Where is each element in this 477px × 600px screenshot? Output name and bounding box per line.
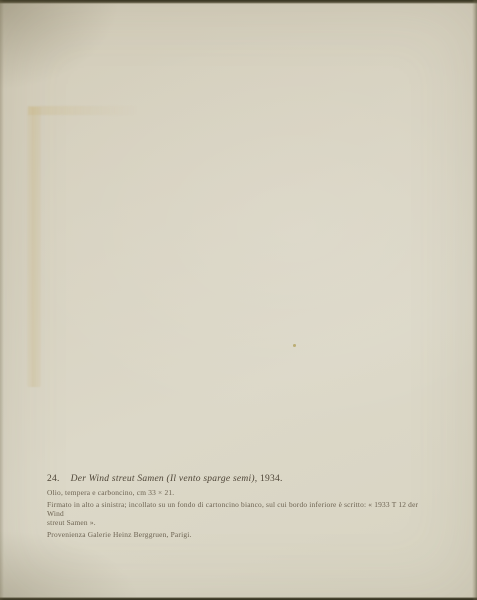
medium-line: Olio, tempera e carboncino, cm 33 × 21. [47,488,432,497]
work-title: Der Wind streut Samen (Il vento sparge s… [71,474,255,484]
inscription-line-2: streut Samen ». [47,518,432,527]
plate-ghost-mark-horizontal [28,106,138,115]
catalog-caption: 24.Der Wind streut Samen (Il vento sparg… [47,474,432,539]
work-year: , 1934. [255,474,283,484]
provenance-line: Provenienza Galerie Heinz Berggruen, Par… [47,530,432,539]
plate-ghost-mark-vertical [27,107,41,387]
page-edge-right [472,0,477,600]
page-edge-left [0,0,4,600]
corner-shadow-bottom-left [0,530,140,600]
catalog-number: 24. [47,474,60,484]
foxing-speck [293,344,296,347]
corner-shadow-top-left [0,0,120,90]
caption-title-line: 24.Der Wind streut Samen (Il vento sparg… [47,474,432,484]
inscription-line-1: Firmato in alto a sinistra; incollato su… [47,500,432,518]
book-page-scan: 24.Der Wind streut Samen (Il vento sparg… [0,0,477,600]
